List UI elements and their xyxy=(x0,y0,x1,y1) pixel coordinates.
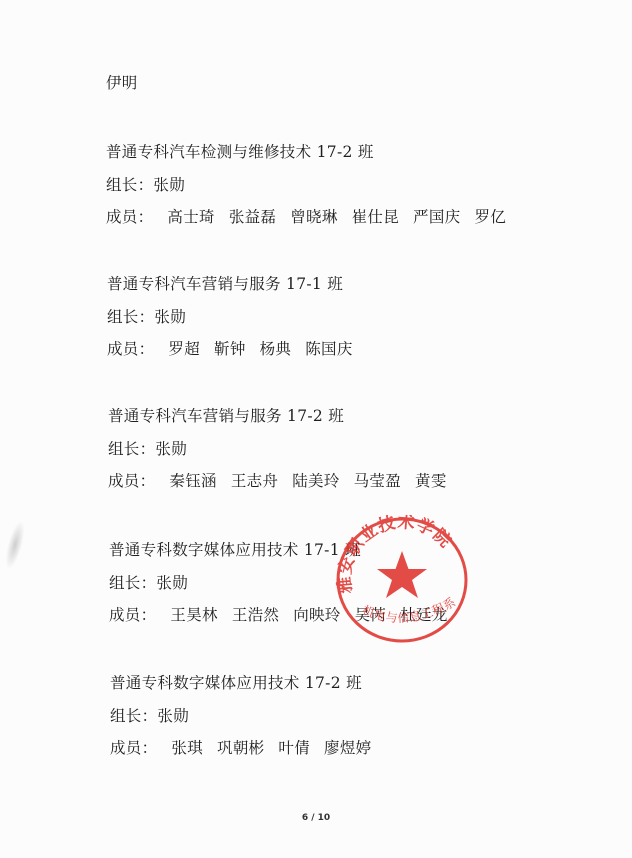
group-members-line: 成员：张琪巩朝彬叶倩廖煜婷 xyxy=(110,738,371,758)
leader-name: 张勋 xyxy=(155,440,187,458)
member-name: 叶倩 xyxy=(278,739,310,757)
member-name: 杜廷龙 xyxy=(400,606,447,624)
member-name: 王昊林 xyxy=(170,606,217,624)
class-title: 普通专科汽车检测与维修技术 17-2 班 xyxy=(106,142,374,162)
member-name: 张琪 xyxy=(171,739,203,757)
member-name: 罗亿 xyxy=(474,208,506,226)
leader-name: 张勋 xyxy=(156,574,188,592)
group-leader-line: 组长：张勋 xyxy=(109,573,188,593)
member-name: 陈国庆 xyxy=(305,340,352,358)
group-members-line: 成员：罗超靳钟杨典陈国庆 xyxy=(107,339,353,359)
star-icon xyxy=(377,551,427,598)
leader-name: 张勋 xyxy=(154,308,186,326)
leading-name: 伊明 xyxy=(106,73,138,93)
member-name: 高士琦 xyxy=(167,208,214,226)
member-name: 崔仕昆 xyxy=(352,208,399,226)
member-name: 黄雯 xyxy=(415,472,447,490)
member-name: 吴芮 xyxy=(355,606,387,624)
leader-label: 组长： xyxy=(107,308,154,326)
members-label: 成员： xyxy=(106,208,153,226)
leader-label: 组长： xyxy=(108,440,155,458)
group-leader-line: 组长：张勋 xyxy=(110,706,189,726)
member-name: 王浩然 xyxy=(232,606,279,624)
member-name: 曾晓琳 xyxy=(290,208,337,226)
official-seal: 雅安职业技术学院 机电与信息工程系 xyxy=(334,515,470,645)
class-title: 普通专科汽车营销与服务 17-1 班 xyxy=(107,274,343,294)
class-title: 普通专科数字媒体应用技术 17-2 班 xyxy=(110,673,362,693)
members-label: 成员： xyxy=(109,606,156,624)
group-members-line: 成员：高士琦张益磊曾晓琳崔仕昆严国庆罗亿 xyxy=(106,207,506,227)
document-page: 伊明 普通专科汽车检测与维修技术 17-2 班 组长：张勋 成员：高士琦张益磊曾… xyxy=(0,0,632,858)
leader-label: 组长： xyxy=(110,707,157,725)
members-label: 成员： xyxy=(108,472,155,490)
group-members-line: 成员：秦钰涵王志舟陆美玲马莹盈黄雯 xyxy=(108,471,447,491)
group-leader-line: 组长：张勋 xyxy=(108,439,187,459)
member-name: 张益磊 xyxy=(229,208,276,226)
member-name: 巩朝彬 xyxy=(217,739,264,757)
class-title: 普通专科数字媒体应用技术 17-1 班 xyxy=(109,540,361,560)
group-leader-line: 组长：张勋 xyxy=(107,307,186,327)
member-name: 向映玲 xyxy=(293,606,340,624)
member-name: 秦钰涵 xyxy=(169,472,216,490)
page-indicator: 6 / 10 xyxy=(0,813,632,823)
member-name: 杨典 xyxy=(260,340,292,358)
class-title: 普通专科汽车营销与服务 17-2 班 xyxy=(108,406,344,426)
leader-name: 张勋 xyxy=(153,176,185,194)
member-name: 马莹盈 xyxy=(354,472,401,490)
member-name: 严国庆 xyxy=(413,208,460,226)
leader-label: 组长： xyxy=(106,176,153,194)
member-name: 靳钟 xyxy=(214,340,246,358)
leader-name: 张勋 xyxy=(157,707,189,725)
members-label: 成员： xyxy=(110,739,157,757)
group-members-line: 成员：王昊林王浩然向映玲吴芮杜廷龙 xyxy=(109,605,448,625)
group-leader-line: 组长：张勋 xyxy=(106,175,185,195)
leader-label: 组长： xyxy=(109,574,156,592)
member-name: 廖煜婷 xyxy=(324,739,371,757)
member-name: 罗超 xyxy=(168,340,200,358)
members-label: 成员： xyxy=(107,340,154,358)
scan-smudge xyxy=(2,519,28,571)
member-name: 王志舟 xyxy=(231,472,278,490)
member-name: 陆美玲 xyxy=(292,472,339,490)
